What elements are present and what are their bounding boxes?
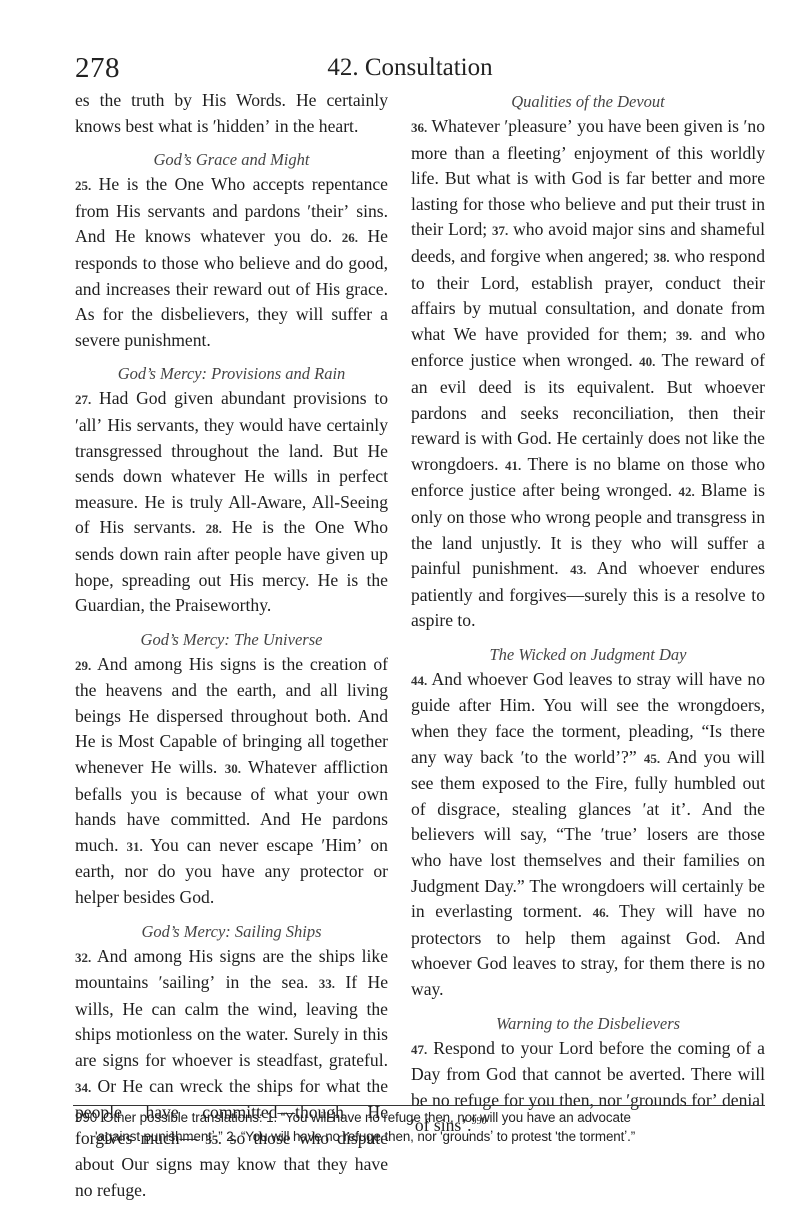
verse-number: 34. [75,1080,91,1095]
verse-number: 42. [678,484,694,499]
verse-text: Had God given abundant provisions to ʹal… [75,388,388,537]
footnote-text: ʹagainst punishmentʼ.” 2. “You will have… [95,1129,635,1144]
verse-number: 26. [342,230,358,245]
verse-paragraph: 29. And among His signs is the creation … [75,652,388,911]
footnote: 990Other possible translations: 1. “You … [75,1108,765,1146]
footnote-divider [73,1105,765,1106]
footnote-text: Other possible translations: 1. “You wil… [103,1110,631,1125]
verse-number: 41. [505,458,521,473]
continued-paragraph: es the truth by His Words. He certainly … [75,88,388,139]
verse-number: 39. [676,328,692,343]
section-heading: God’s Mercy: Sailing Ships [75,920,388,944]
left-column: es the truth by His Words. He certainly … [75,88,388,1204]
book-page: 278 42. Consultation es the truth by His… [0,0,800,1214]
verse-number: 37. [492,223,508,238]
verse-number: 36. [411,120,427,135]
verse-number: 27. [75,392,91,407]
verse-number: 43. [570,562,586,577]
verse-number: 30. [225,761,241,776]
verse-paragraph: 36. Whatever ʹpleasureʼ you have been gi… [411,114,765,634]
verse-number: 47. [411,1042,427,1057]
verse-number: 38. [653,250,669,265]
verse-number: 44. [411,673,427,688]
right-column: Qualities of the Devout 36. Whatever ʹpl… [411,90,765,1139]
verse-number: 32. [75,950,91,965]
verse-number: 45. [644,751,660,766]
verse-paragraph: 32. And among His signs are the ships li… [75,944,388,1204]
section-heading: The Wicked on Judgment Day [411,643,765,667]
page-number: 278 [75,52,120,84]
verse-paragraph: 27. Had God given abundant provisions to… [75,386,388,618]
verse-number: 40. [639,354,655,369]
paragraph-text: es the truth by His Words. He certainly … [75,90,388,136]
verse-number: 25. [75,178,91,193]
verse-number: 29. [75,658,91,673]
footnote-line: ʹagainst punishmentʼ.” 2. “You will have… [75,1127,765,1146]
section-heading: Warning to the Disbelievers [411,1012,765,1036]
chapter-title: 42. Consultation [260,53,560,83]
verse-number: 46. [593,905,609,920]
verse-number: 33. [319,976,335,991]
section-heading: God’s Mercy: Provisions and Rain [75,362,388,386]
verse-paragraph: 25. He is the One Who accepts repentance… [75,172,388,353]
verse-number: 28. [206,521,222,536]
section-heading: God’s Grace and Might [75,148,388,172]
section-heading: Qualities of the Devout [411,90,765,114]
verse-paragraph: 44. And whoever God leaves to stray will… [411,667,765,1003]
verse-number: 31. [127,839,143,854]
verse-text: And you will see them exposed to the Fir… [411,747,765,922]
section-heading: God’s Mercy: The Universe [75,628,388,652]
footnote-line: 990Other possible translations: 1. “You … [75,1108,765,1127]
footnote-number: 990 [75,1110,97,1125]
